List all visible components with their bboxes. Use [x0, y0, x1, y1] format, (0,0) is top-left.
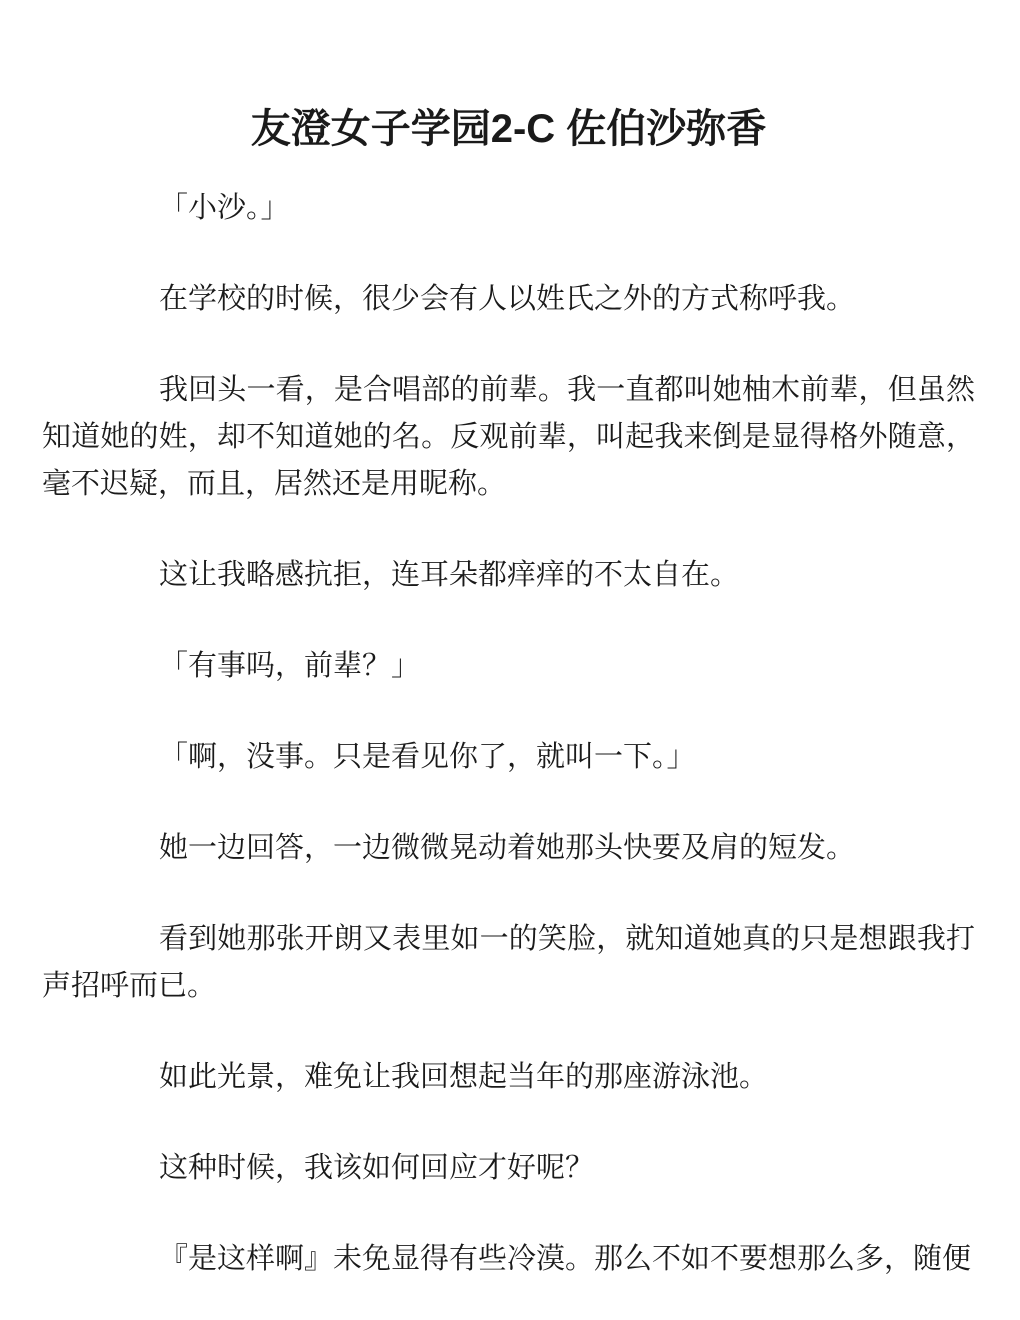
paragraph: 这让我略感抗拒，连耳朵都痒痒的不太自在。	[42, 552, 975, 599]
paragraph-dialogue: 「啊，没事。只是看见你了，就叫一下。」	[42, 734, 975, 781]
paragraph-truncated: 『是这样啊』未免显得有些冷漠。那么不如不要想那么多，随便	[42, 1236, 975, 1283]
paragraph-dialogue: 「有事吗，前辈？」	[42, 643, 975, 690]
paragraph: 看到她那张开朗又表里如一的笑脸，就知道她真的只是想跟我打声招呼而已。	[42, 916, 975, 1010]
text-column: 友澄女子学园2-C 佐伯沙弥香 「小沙。」 在学校的时候，很少会有人以姓氏之外的…	[0, 0, 1020, 1283]
paragraph: 这种时候，我该如何回应才好呢？	[42, 1145, 975, 1192]
paragraph: 在学校的时候，很少会有人以姓氏之外的方式称呼我。	[42, 276, 975, 323]
page-title: 友澄女子学园2-C 佐伯沙弥香	[42, 0, 975, 155]
paragraph: 如此光景，难免让我回想起当年的那座游泳池。	[42, 1054, 975, 1101]
paragraph: 我回头一看，是合唱部的前辈。我一直都叫她柚木前辈，但虽然知道她的姓，却不知道她的…	[42, 367, 975, 508]
document-page: 友澄女子学园2-C 佐伯沙弥香 「小沙。」 在学校的时候，很少会有人以姓氏之外的…	[0, 0, 1020, 1320]
paragraph-dialogue: 「小沙。」	[42, 185, 975, 232]
paragraph: 她一边回答，一边微微晃动着她那头快要及肩的短发。	[42, 825, 975, 872]
